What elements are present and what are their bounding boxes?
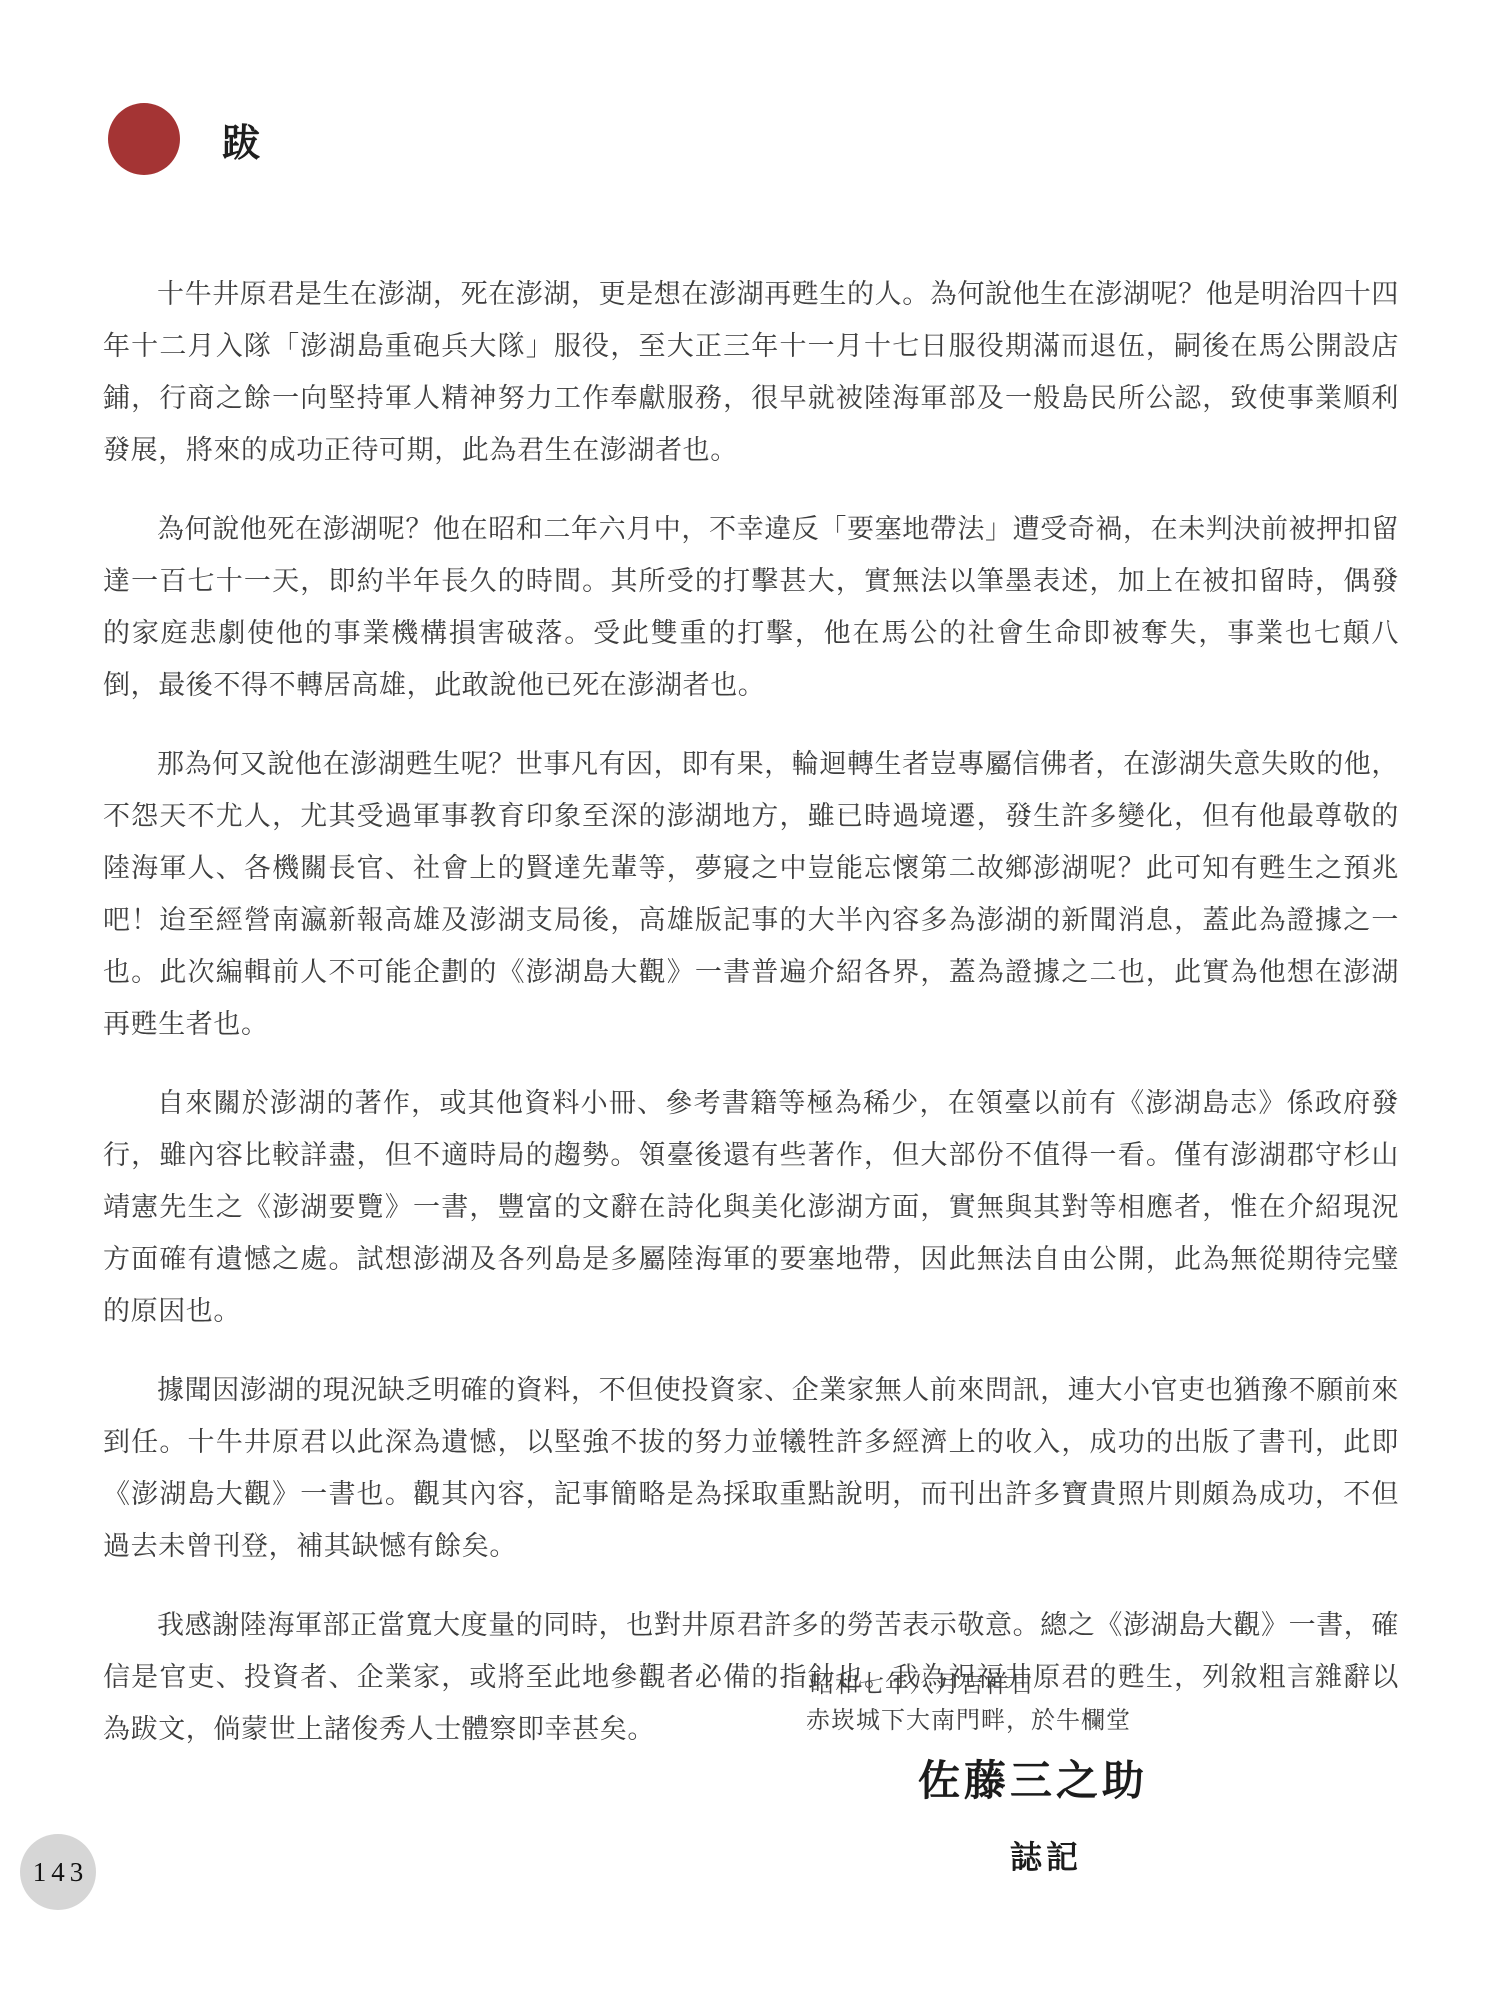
- paragraph-6: 我感謝陸海軍部正當寬大度量的同時，也對井原君許多的勞苦表示敬意。總之《澎湖島大觀…: [103, 1599, 1399, 1755]
- body-text: 十牛井原君是生在澎湖，死在澎湖，更是想在澎湖再甦生的人。為何說他生在澎湖呢？他是…: [103, 268, 1399, 1782]
- colophon-date: 昭和七年八月吉祥日: [810, 1664, 1035, 1699]
- paragraph-4: 自來關於澎湖的著作，或其他資料小冊、參考書籍等極為稀少，在領臺以前有《澎湖島志》…: [103, 1077, 1399, 1337]
- sign-off-label: 誌記: [1010, 1832, 1082, 1878]
- paragraph-5: 據聞因澎湖的現況缺乏明確的資料，不但使投資家、企業家無人前來問訊，連大小官吏也猶…: [103, 1364, 1399, 1572]
- paragraph-1: 十牛井原君是生在澎湖，死在澎湖，更是想在澎湖再甦生的人。為何說他生在澎湖呢？他是…: [103, 268, 1399, 476]
- red-circle-icon: [108, 103, 180, 175]
- page-number: 143: [33, 1857, 89, 1888]
- author-name: 佐藤三之助: [918, 1748, 1148, 1808]
- document-page: 跋 十牛井原君是生在澎湖，死在澎湖，更是想在澎湖再甦生的人。為何說他生在澎湖呢？…: [0, 0, 1500, 1995]
- colophon-place: 赤崁城下大南門畔，於牛欄堂: [806, 1700, 1131, 1735]
- page-header: 跋: [108, 103, 262, 175]
- page-number-badge: 143: [20, 1834, 96, 1910]
- paragraph-2: 為何說他死在澎湖呢？他在昭和二年六月中，不幸違反「要塞地帶法」遭受奇禍，在未判決…: [103, 503, 1399, 711]
- section-title: 跋: [222, 112, 262, 167]
- paragraph-3: 那為何又說他在澎湖甦生呢？世事凡有因，即有果，輪迴轉生者豈專屬信佛者，在澎湖失意…: [103, 738, 1399, 1050]
